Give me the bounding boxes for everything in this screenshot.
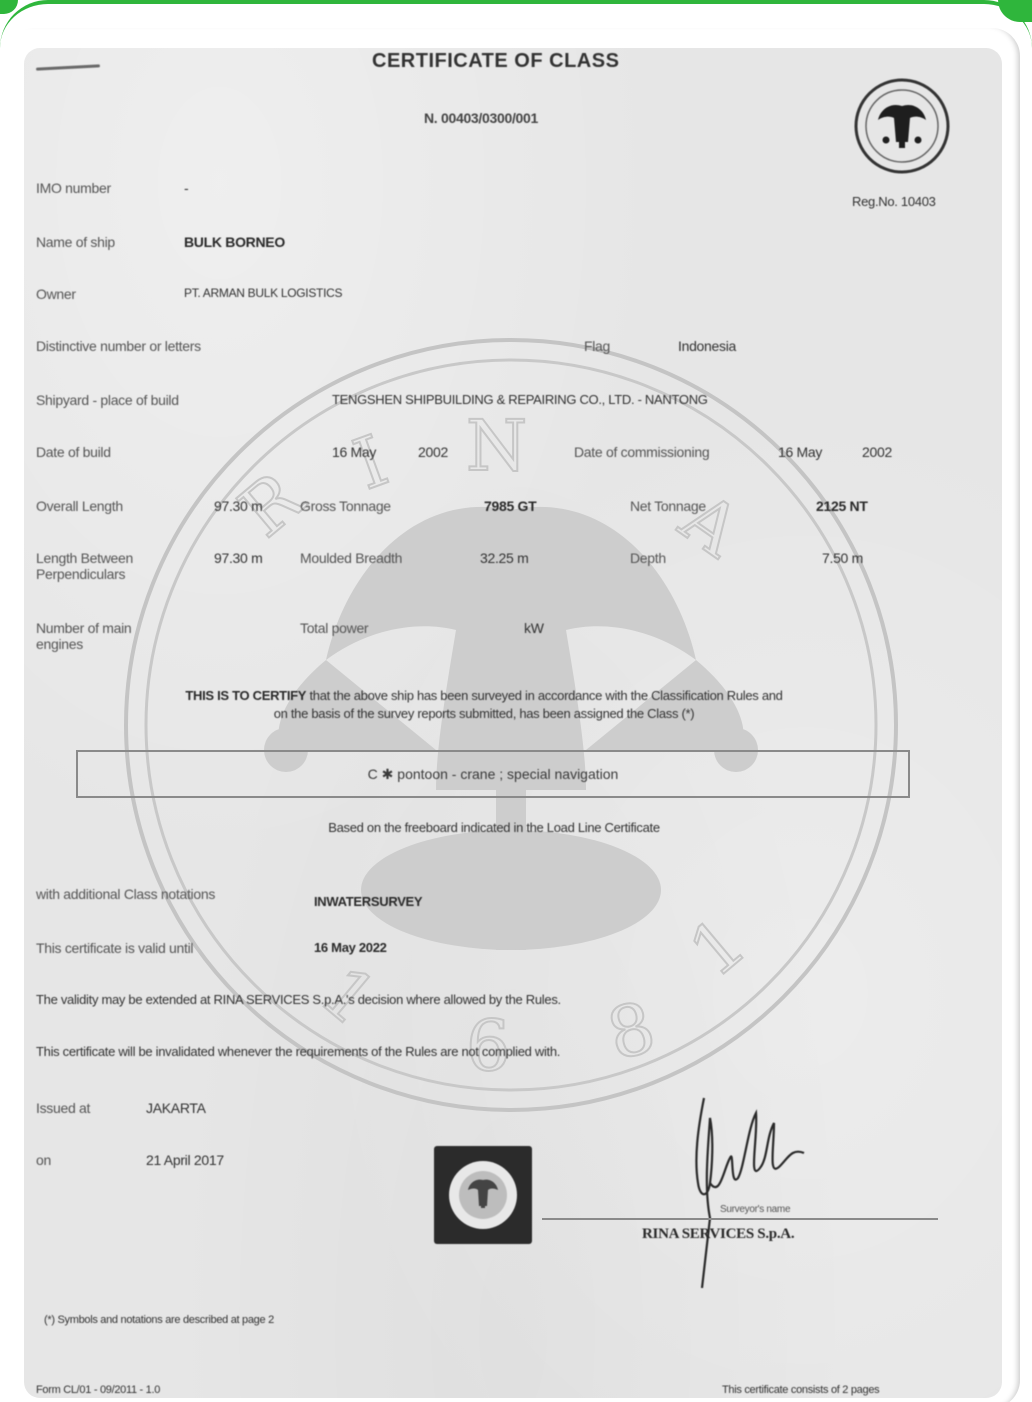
issued-on-label: on bbox=[36, 1152, 51, 1168]
issued-at-label: Issued at bbox=[36, 1100, 90, 1116]
footnote: (*) Symbols and notations are described … bbox=[44, 1314, 274, 1326]
certify-line-1-text: that the above ship has been surveyed in… bbox=[306, 688, 782, 703]
additional-notations-label: with additional Class notations bbox=[36, 886, 215, 902]
flag-label: Flag bbox=[584, 338, 610, 354]
lbp-label-line2: Perpendiculars bbox=[36, 566, 125, 582]
net-tonnage-label: Net Tonnage bbox=[630, 498, 706, 514]
engines-label-line2: engines bbox=[36, 636, 83, 652]
total-power-label: Total power bbox=[300, 620, 368, 636]
depth-label: Depth bbox=[630, 550, 666, 566]
form-code: Form CL/01 - 09/2011 - 1.0 bbox=[36, 1384, 160, 1396]
ship-name-value: BULK BORNEO bbox=[184, 234, 285, 250]
net-tonnage-value: 2125 NT bbox=[816, 498, 868, 514]
date-commissioning-day: 16 May bbox=[778, 444, 822, 460]
owner-value: PT. ARMAN BULK LOGISTICS bbox=[184, 286, 342, 300]
certify-line-2: on the basis of the survey reports submi… bbox=[44, 706, 924, 721]
lbp-value: 97.30 m bbox=[214, 550, 263, 566]
rina-eagle-seal-icon bbox=[852, 76, 952, 176]
issuer-name: RINA SERVICES S.p.A. bbox=[642, 1226, 794, 1243]
freeboard-note: Based on the freeboard indicated in the … bbox=[44, 820, 944, 835]
date-commissioning-year: 2002 bbox=[862, 444, 892, 460]
ship-name-label: Name of ship bbox=[36, 234, 115, 250]
invalidation-note: This certificate will be invalidated whe… bbox=[36, 1044, 560, 1059]
certify-line-1: THIS IS TO CERTIFY that the above ship h… bbox=[44, 688, 924, 703]
pages-note: This certificate consists of 2 pages bbox=[722, 1384, 879, 1396]
valid-until-label: This certificate is valid until bbox=[36, 940, 193, 956]
issued-on-value: 21 April 2017 bbox=[146, 1152, 224, 1168]
breadth-label: Moulded Breadth bbox=[300, 550, 402, 566]
validity-note: The validity may be extended at RINA SER… bbox=[36, 992, 561, 1007]
gross-tonnage-label: Gross Tonnage bbox=[300, 498, 391, 514]
depth-value: 7.50 m bbox=[822, 550, 863, 566]
issued-at-value: JAKARTA bbox=[146, 1100, 206, 1116]
certificate-title: CERTIFICATE OF CLASS bbox=[372, 50, 619, 73]
class-notation-box: C ✱ pontoon - crane ; special navigation bbox=[76, 750, 910, 798]
imo-number-label: IMO number bbox=[36, 180, 111, 196]
lbp-label-line1: Length Between bbox=[36, 550, 133, 566]
engines-label-line1: Number of main bbox=[36, 620, 131, 636]
certificate-document[interactable]: R N I A 1 8 6 1 CERTIFICATE OF CLASS N. … bbox=[24, 48, 1002, 1398]
certify-heading: THIS IS TO CERTIFY bbox=[185, 688, 306, 703]
register-number: Reg.No. 10403 bbox=[852, 194, 936, 209]
gross-tonnage-value: 7985 GT bbox=[484, 498, 536, 514]
date-commissioning-label: Date of commissioning bbox=[574, 444, 709, 460]
handwritten-signature bbox=[664, 1088, 834, 1288]
imo-number-value: - bbox=[184, 180, 188, 196]
total-power-value: kW bbox=[524, 620, 544, 636]
shipyard-value: TENGSHEN SHIPBUILDING & REPAIRING CO., L… bbox=[332, 392, 708, 407]
signatory-name: Surveyor's name bbox=[720, 1204, 790, 1215]
rina-stamp-icon bbox=[434, 1146, 532, 1244]
shipyard-label: Shipyard - place of build bbox=[36, 392, 179, 408]
date-build-year: 2002 bbox=[418, 444, 448, 460]
class-notation: C ✱ pontoon - crane ; special navigation bbox=[368, 766, 619, 783]
overall-length-value: 97.30 m bbox=[214, 498, 263, 514]
valid-until-value: 16 May 2022 bbox=[314, 940, 387, 955]
additional-notations-value: INWATERSURVEY bbox=[314, 894, 422, 909]
flag-value: Indonesia bbox=[678, 338, 736, 354]
distinctive-label: Distinctive number or letters bbox=[36, 338, 201, 354]
date-build-day: 16 May bbox=[332, 444, 376, 460]
signature-line bbox=[542, 1218, 938, 1220]
certificate-number: N. 00403/0300/001 bbox=[424, 110, 538, 126]
date-build-label: Date of build bbox=[36, 444, 111, 460]
breadth-value: 32.25 m bbox=[480, 550, 529, 566]
overall-length-label: Overall Length bbox=[36, 498, 123, 514]
owner-label: Owner bbox=[36, 286, 76, 302]
